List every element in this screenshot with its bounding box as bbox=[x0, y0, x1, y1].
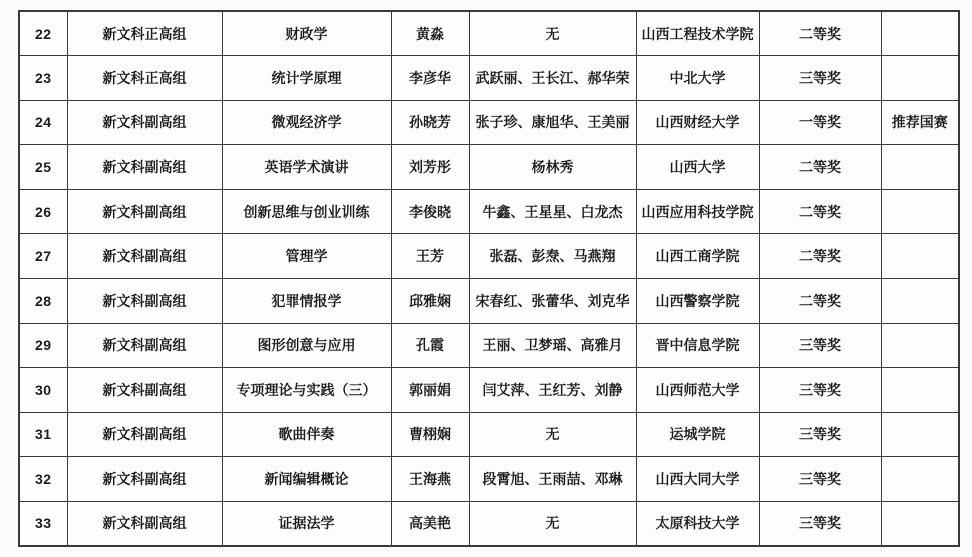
cell-school: 山西大同大学 bbox=[636, 457, 759, 502]
cell-award: 一等奖 bbox=[759, 100, 881, 145]
cell-members: 牛鑫、王星星、白龙杰 bbox=[469, 189, 636, 234]
cell-remark bbox=[881, 412, 959, 457]
cell-award: 二等奖 bbox=[759, 145, 881, 190]
page: 22新文科正高组财政学黄淼无山西工程技术学院二等奖23新文科正高组统计学原理李彦… bbox=[0, 0, 972, 557]
cell-members: 张磊、彭焘、马燕翔 bbox=[469, 234, 636, 279]
cell-remark bbox=[881, 56, 959, 101]
cell-remark bbox=[881, 189, 959, 234]
cell-remark bbox=[881, 368, 959, 413]
cell-group: 新文科副高组 bbox=[67, 412, 222, 457]
cell-course: 统计学原理 bbox=[222, 56, 391, 101]
cell-teacher: 孙晓芳 bbox=[391, 100, 469, 145]
cell-school: 运城学院 bbox=[636, 412, 759, 457]
cell-number: 28 bbox=[19, 278, 67, 323]
cell-remark bbox=[881, 278, 959, 323]
table-row: 30新文科副高组专项理论与实践（三）郭丽娟闫艾萍、王红芳、刘静山西师范大学三等奖 bbox=[19, 368, 959, 413]
cell-course: 证据法学 bbox=[222, 501, 391, 546]
cell-award: 二等奖 bbox=[759, 189, 881, 234]
cell-teacher: 高美艳 bbox=[391, 501, 469, 546]
cell-teacher: 孔霞 bbox=[391, 323, 469, 368]
cell-teacher: 李俊晓 bbox=[391, 189, 469, 234]
cell-teacher: 刘芳彤 bbox=[391, 145, 469, 190]
cell-course: 微观经济学 bbox=[222, 100, 391, 145]
table-row: 33新文科副高组证据法学高美艳无太原科技大学三等奖 bbox=[19, 501, 959, 546]
table-row: 29新文科副高组图形创意与应用孔霞王丽、卫梦瑶、高雅月晋中信息学院三等奖 bbox=[19, 323, 959, 368]
cell-award: 三等奖 bbox=[759, 412, 881, 457]
cell-number: 30 bbox=[19, 368, 67, 413]
cell-remark bbox=[881, 323, 959, 368]
cell-award: 二等奖 bbox=[759, 234, 881, 279]
table-row: 28新文科副高组犯罪情报学邱雅娴宋春红、张蕾华、刘克华山西警察学院二等奖 bbox=[19, 278, 959, 323]
cell-number: 32 bbox=[19, 457, 67, 502]
cell-course: 专项理论与实践（三） bbox=[222, 368, 391, 413]
table-row: 25新文科副高组英语学术演讲刘芳彤杨林秀山西大学二等奖 bbox=[19, 145, 959, 190]
cell-number: 29 bbox=[19, 323, 67, 368]
cell-remark bbox=[881, 457, 959, 502]
award-results-table: 22新文科正高组财政学黄淼无山西工程技术学院二等奖23新文科正高组统计学原理李彦… bbox=[18, 10, 960, 547]
cell-group: 新文科副高组 bbox=[67, 234, 222, 279]
cell-teacher: 王海燕 bbox=[391, 457, 469, 502]
cell-group: 新文科副高组 bbox=[67, 100, 222, 145]
cell-number: 22 bbox=[19, 11, 67, 56]
cell-remark: 推荐国赛 bbox=[881, 100, 959, 145]
cell-members: 无 bbox=[469, 412, 636, 457]
cell-group: 新文科副高组 bbox=[67, 145, 222, 190]
cell-number: 27 bbox=[19, 234, 67, 279]
cell-group: 新文科正高组 bbox=[67, 56, 222, 101]
cell-award: 三等奖 bbox=[759, 323, 881, 368]
cell-award: 二等奖 bbox=[759, 11, 881, 56]
table-row: 27新文科副高组管理学王芳张磊、彭焘、马燕翔山西工商学院二等奖 bbox=[19, 234, 959, 279]
cell-number: 25 bbox=[19, 145, 67, 190]
cell-award: 二等奖 bbox=[759, 278, 881, 323]
cell-school: 太原科技大学 bbox=[636, 501, 759, 546]
cell-school: 山西财经大学 bbox=[636, 100, 759, 145]
cell-course: 英语学术演讲 bbox=[222, 145, 391, 190]
cell-members: 闫艾萍、王红芳、刘静 bbox=[469, 368, 636, 413]
cell-members: 张子珍、康旭华、王美丽 bbox=[469, 100, 636, 145]
cell-members: 无 bbox=[469, 11, 636, 56]
cell-members: 无 bbox=[469, 501, 636, 546]
cell-group: 新文科副高组 bbox=[67, 323, 222, 368]
cell-award: 三等奖 bbox=[759, 457, 881, 502]
cell-remark bbox=[881, 11, 959, 56]
cell-members: 宋春红、张蕾华、刘克华 bbox=[469, 278, 636, 323]
cell-award: 三等奖 bbox=[759, 501, 881, 546]
cell-members: 武跃丽、王长江、郝华荣 bbox=[469, 56, 636, 101]
cell-group: 新文科副高组 bbox=[67, 457, 222, 502]
cell-group: 新文科副高组 bbox=[67, 189, 222, 234]
cell-teacher: 李彦华 bbox=[391, 56, 469, 101]
cell-school: 山西应用科技学院 bbox=[636, 189, 759, 234]
cell-course: 图形创意与应用 bbox=[222, 323, 391, 368]
cell-school: 山西师范大学 bbox=[636, 368, 759, 413]
cell-remark bbox=[881, 234, 959, 279]
cell-school: 山西工商学院 bbox=[636, 234, 759, 279]
cell-group: 新文科副高组 bbox=[67, 501, 222, 546]
table-row: 32新文科副高组新闻编辑概论王海燕段霄旭、王雨喆、邓琳山西大同大学三等奖 bbox=[19, 457, 959, 502]
cell-members: 杨林秀 bbox=[469, 145, 636, 190]
cell-teacher: 郭丽娟 bbox=[391, 368, 469, 413]
cell-remark bbox=[881, 145, 959, 190]
cell-school: 中北大学 bbox=[636, 56, 759, 101]
cell-award: 三等奖 bbox=[759, 368, 881, 413]
cell-number: 24 bbox=[19, 100, 67, 145]
cell-group: 新文科副高组 bbox=[67, 368, 222, 413]
cell-group: 新文科副高组 bbox=[67, 278, 222, 323]
cell-teacher: 黄淼 bbox=[391, 11, 469, 56]
cell-number: 33 bbox=[19, 501, 67, 546]
table-row: 26新文科副高组创新思维与创业训练李俊晓牛鑫、王星星、白龙杰山西应用科技学院二等… bbox=[19, 189, 959, 234]
cell-course: 新闻编辑概论 bbox=[222, 457, 391, 502]
cell-course: 创新思维与创业训练 bbox=[222, 189, 391, 234]
cell-course: 管理学 bbox=[222, 234, 391, 279]
cell-number: 31 bbox=[19, 412, 67, 457]
table-body: 22新文科正高组财政学黄淼无山西工程技术学院二等奖23新文科正高组统计学原理李彦… bbox=[19, 11, 959, 546]
cell-course: 犯罪情报学 bbox=[222, 278, 391, 323]
cell-teacher: 邱雅娴 bbox=[391, 278, 469, 323]
cell-school: 山西工程技术学院 bbox=[636, 11, 759, 56]
cell-school: 山西大学 bbox=[636, 145, 759, 190]
cell-members: 王丽、卫梦瑶、高雅月 bbox=[469, 323, 636, 368]
cell-course: 财政学 bbox=[222, 11, 391, 56]
cell-teacher: 曹栩娴 bbox=[391, 412, 469, 457]
table-row: 31新文科副高组歌曲伴奏曹栩娴无运城学院三等奖 bbox=[19, 412, 959, 457]
cell-number: 26 bbox=[19, 189, 67, 234]
cell-group: 新文科正高组 bbox=[67, 11, 222, 56]
table-row: 22新文科正高组财政学黄淼无山西工程技术学院二等奖 bbox=[19, 11, 959, 56]
cell-members: 段霄旭、王雨喆、邓琳 bbox=[469, 457, 636, 502]
cell-teacher: 王芳 bbox=[391, 234, 469, 279]
table-row: 24新文科副高组微观经济学孙晓芳张子珍、康旭华、王美丽山西财经大学一等奖推荐国赛 bbox=[19, 100, 959, 145]
cell-remark bbox=[881, 501, 959, 546]
cell-school: 山西警察学院 bbox=[636, 278, 759, 323]
table-row: 23新文科正高组统计学原理李彦华武跃丽、王长江、郝华荣中北大学三等奖 bbox=[19, 56, 959, 101]
cell-school: 晋中信息学院 bbox=[636, 323, 759, 368]
cell-number: 23 bbox=[19, 56, 67, 101]
cell-award: 三等奖 bbox=[759, 56, 881, 101]
cell-course: 歌曲伴奏 bbox=[222, 412, 391, 457]
